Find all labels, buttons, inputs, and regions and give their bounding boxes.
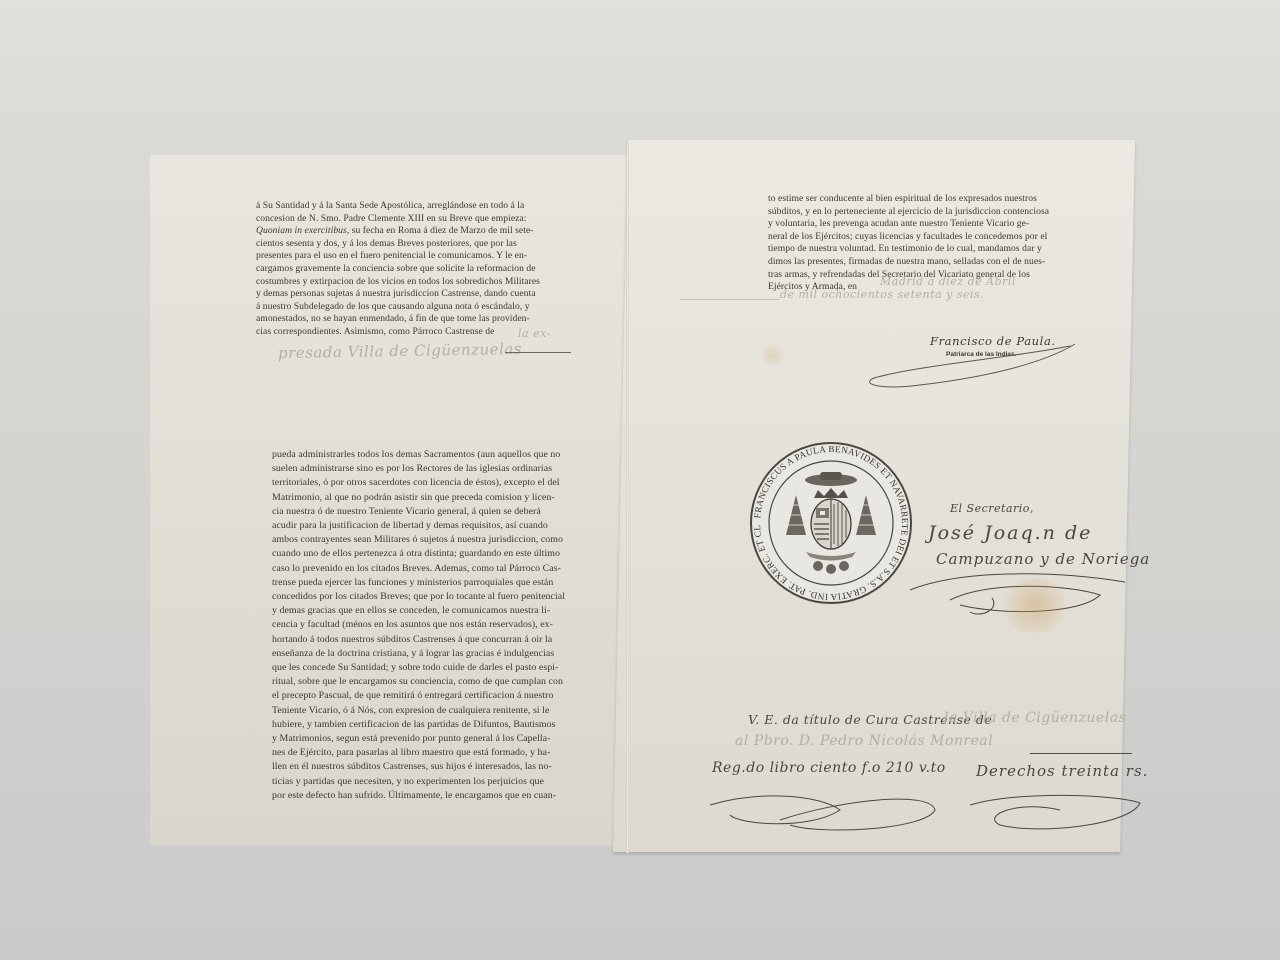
left-top-line: y demas personas sujetas á nuestra juris… <box>256 288 568 301</box>
left-bottom-line: Matrimonio, al que no podrán asistir sin… <box>272 491 568 505</box>
fees-note: Derechos treinta rs. <box>976 762 1148 780</box>
left-bottom-line: cuando uno de ellos pertenezca á otra di… <box>272 547 568 561</box>
left-top-line: Quoniam in exercitibus, su fecha en Roma… <box>256 225 568 238</box>
left-bottom-line: cia nuestra ó de nuestro Teniente Vicari… <box>272 505 568 519</box>
left-bottom-line: suelen administrarse sino es por los Rec… <box>272 462 568 476</box>
title-line-handwritten-priest: al Pbro. D. Pedro Nicolás Monreal <box>735 733 993 749</box>
left-top-line: presentes para el uso en el fuero penite… <box>256 250 568 263</box>
left-bottom-line: por este defecto han sufrido. Últimament… <box>272 789 568 803</box>
left-top-line: costumbres y extirpacion de los vicios e… <box>256 276 568 289</box>
right-top-line: tiempo de nuestra voluntad. En testimoni… <box>768 243 1064 256</box>
left-bottom-line: territoriales, ó por otros sacerdotes co… <box>272 476 568 490</box>
left-bottom-line: y Matrimonios, segun está prevenido por … <box>272 732 568 746</box>
left-top-line: concesion de N. Smo. Padre Clemente XIII… <box>256 213 568 226</box>
left-top-line: amonestados, no se hayan enmendado, á fi… <box>256 313 568 326</box>
left-top-line: cientos sesenta y dos, y á los demas Bre… <box>256 238 568 251</box>
date-fill-rule <box>680 299 780 300</box>
handwritten-date-line-1: Madrid á diez de Abril <box>880 275 1016 288</box>
left-bottom-line: pueda administrarles todos los demas Sac… <box>272 448 568 462</box>
secretary-label: El Secretario, <box>950 502 1034 515</box>
left-bottom-line: nes de Ejército, para pasarlas al libro … <box>272 746 568 760</box>
title-line-handwritten-village: la Villa de Cigüenzuelas <box>944 710 1126 726</box>
table-surface <box>0 0 1280 140</box>
left-bottom-line: trense pueda ejercer las funciones y min… <box>272 576 568 590</box>
left-bottom-line: ambos contrayentes sean Militares ó suje… <box>272 533 568 547</box>
foxing-stain <box>1000 578 1070 633</box>
left-bottom-line: y demas gracias que en ellos se conceden… <box>272 604 568 618</box>
handwritten-inline-fragment: la ex- <box>518 327 551 340</box>
secretary-signature-block: El Secretario, <box>950 502 1034 515</box>
left-bottom-line: enseñanza de la doctrina cristiana, y á … <box>272 647 568 661</box>
left-bottom-line: Teniente Vicario, ó á Nós, con expresion… <box>272 704 568 718</box>
left-bottom-line: hortando á todos nuestros súbditos Castr… <box>272 633 568 647</box>
right-top-line: súbditos, y en lo perteneciente al ejerc… <box>768 206 1064 219</box>
secretary-signature-line-1: José Joaq.n de <box>928 522 1092 544</box>
left-top-line: cargamos gravemente la conciencia sobre … <box>256 263 568 276</box>
fill-in-rule <box>505 352 571 353</box>
registry-note: Reg.do libro ciento f.o 210 v.to <box>712 760 946 776</box>
right-top-line: neral de los Ejércitos; cuyas licencias … <box>768 231 1064 244</box>
foxing-stain-small <box>760 344 786 366</box>
left-top-paragraph: á Su Santidad y á la Santa Sede Apostóli… <box>256 200 568 339</box>
left-bottom-line: que les concede Su Santidad; y sobre tod… <box>272 661 568 675</box>
left-bottom-line: acudir para la justificacion de libertad… <box>272 519 568 533</box>
left-bottom-line: el precepto Pascual, de que remitirá ó e… <box>272 689 568 703</box>
signature-flourish-icon <box>860 340 1080 395</box>
left-bottom-line: concedidos por los citados Breves; que p… <box>272 590 568 604</box>
left-bottom-paragraph: pueda administrarles todos los demas Sac… <box>272 448 568 803</box>
left-bottom-line: caso lo prevenido en los citados Breves.… <box>272 562 568 576</box>
right-top-line: y voluntaria, les prevenga acudan ante n… <box>768 218 1064 231</box>
center-fold <box>626 145 629 853</box>
left-top-line: á nuestro Subdelegado de los que causand… <box>256 301 568 314</box>
right-top-line: dimos las presentes, firmadas de nuestra… <box>768 256 1064 269</box>
left-top-line: á Su Santidad y á la Santa Sede Apostóli… <box>256 200 568 213</box>
left-bottom-line: hubiere, y tambien certificacion de las … <box>272 718 568 732</box>
left-bottom-line: ticias y partidas que necesiten, y no ex… <box>272 775 568 789</box>
left-bottom-line: cencia y facultad (ménos en los asuntos … <box>272 618 568 632</box>
episcopal-seal-icon: FRANCISCUS A PAULA BENAVIDES ET NAVARRET… <box>748 440 914 606</box>
left-bottom-line: ritual, sobre que le encargamos su conci… <box>272 675 568 689</box>
handwritten-date-line-2: de mil ochocientos setenta y seis. <box>780 288 984 301</box>
registry-flourish-icon <box>700 785 1150 855</box>
left-bottom-line: llen en él nuestros súbditos Castrenses,… <box>272 760 568 774</box>
right-top-line: to estime ser conducente al bien espirit… <box>768 193 1064 206</box>
title-fill-rule <box>1030 753 1132 754</box>
